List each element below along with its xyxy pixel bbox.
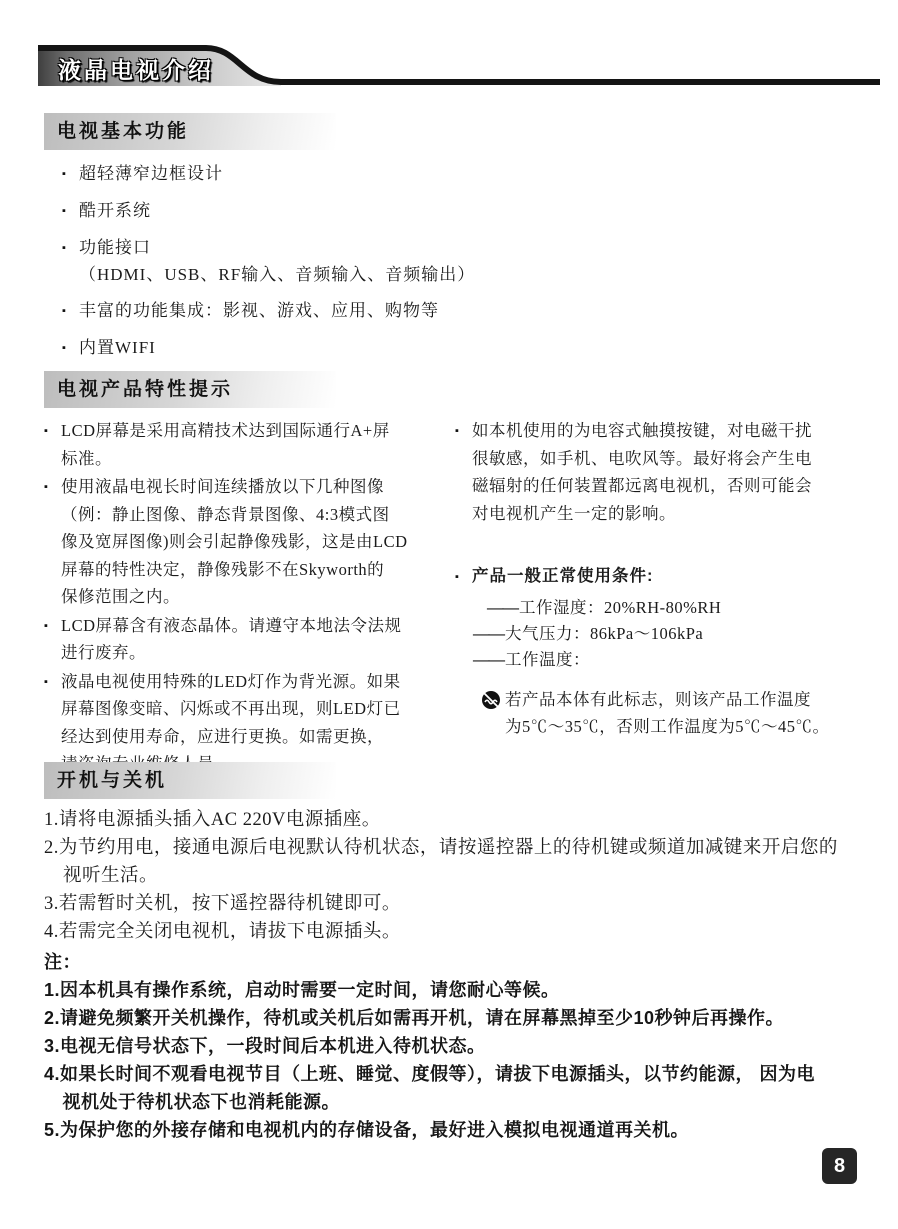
condition-text: 大气压力：86kPa～106kPa — [505, 624, 703, 643]
power-steps-list: 1.请将电源插头插入AC 220V电源插座。2.为节约用电，接通电源后电视默认待… — [44, 806, 880, 946]
capacitive-key-note: ▪如本机使用的为电容式触摸按键，对电磁干扰很敏感，如手机、电吹风等。最好将会产生… — [455, 417, 883, 527]
bullet-square-icon: ▪ — [62, 234, 79, 262]
bullet-square-icon: ▪ — [44, 473, 61, 502]
text-line: 视机处于待机状态下也消耗能源。 — [44, 1088, 880, 1116]
feature-notice-left-column: ▪LCD屏幕是采用高精技术达到国际通行A+屏标准。▪使用液晶电视长时间连续播放以… — [44, 417, 449, 779]
bullet-square-icon: ▪ — [62, 297, 79, 325]
bullet-text: LCD屏幕是采用高精技术达到国际通行A+屏标准。 — [61, 417, 390, 472]
condition-text: 工作温度： — [505, 650, 590, 669]
manual-page: 液晶电视介绍 电视基本功能 ▪超轻薄窄边框设计▪酷开系统▪功能接口（HDMI、U… — [0, 0, 898, 1229]
text-line: 视听生活。 — [44, 862, 880, 890]
temperature-note: 若产品本体有此标志，则该产品工作温度为5℃～35℃，否则工作温度为5℃～45℃。 — [455, 686, 883, 740]
bullet-item: ▪超轻薄窄边框设计 — [62, 160, 622, 188]
text-line: 为5℃～35℃，否则工作温度为5℃～45℃。 — [505, 713, 830, 740]
condition-line: ——工作湿度：20%RH-80%RH — [455, 595, 883, 621]
text-line: 2.为节约用电，接通电源后电视默认待机状态，请按遥控器上的待机键或频道加减键来开… — [44, 834, 880, 862]
bullet-item: ▪功能接口（HDMI、USB、RF输入、音频输入、音频输出） — [62, 234, 622, 288]
condition-line: ——大气压力：86kPa～106kPa — [455, 621, 883, 647]
text-line: 3.电视无信号状态下，一段时间后本机进入待机状态。 — [44, 1032, 880, 1060]
bullet-square-icon: ▪ — [44, 612, 61, 641]
dash-mark: —— — [473, 624, 504, 643]
section-title-power-on-off: 开机与关机 — [44, 762, 336, 799]
bullet-square-icon: ▪ — [44, 417, 61, 446]
temperature-note-text: 若产品本体有此标志，则该产品工作温度为5℃～35℃，否则工作温度为5℃～45℃。 — [505, 686, 830, 740]
usage-conditions-list: ——工作湿度：20%RH-80%RH——大气压力：86kPa～106kPa——工… — [455, 595, 883, 673]
bullet-square-icon: ▪ — [455, 417, 472, 446]
condition-text: 工作湿度：20%RH-80%RH — [519, 598, 721, 617]
bullet-square-icon: ▪ — [62, 334, 79, 362]
bullet-item: ▪LCD屏幕含有液态晶体。请遵守本地法令法规进行废弃。 — [44, 612, 449, 667]
bullet-item: ▪内置WIFI — [62, 334, 622, 362]
text-line: 4.如果长时间不观看电视节目（上班、睡觉、度假等），请拔下电源插头，以节约能源，… — [44, 1060, 880, 1088]
dash-mark: —— — [487, 598, 518, 617]
bullet-item: ▪使用液晶电视长时间连续播放以下几种图像（例：静止图像、静态背景图像、4:3模式… — [44, 473, 449, 611]
dash-mark: —— — [473, 650, 504, 669]
bullet-item: ▪LCD屏幕是采用高精技术达到国际通行A+屏标准。 — [44, 417, 449, 472]
page-title: 液晶电视介绍 — [58, 52, 214, 85]
bullet-text: 超轻薄窄边框设计 — [79, 160, 223, 187]
text-line: 1.请将电源插头插入AC 220V电源插座。 — [44, 806, 880, 834]
feature-notice-right-column: ▪如本机使用的为电容式触摸按键，对电磁干扰很敏感，如手机、电吹风等。最好将会产生… — [455, 417, 883, 740]
text-line: 2.请避免频繁开关机操作，待机或关机后如需再开机，请在屏幕黑掉至少10秒钟后再操… — [44, 1004, 880, 1032]
section-title-feature-notice: 电视产品特性提示 — [44, 371, 336, 408]
bullet-text: 液晶电视使用特殊的LED灯作为背光源。如果屏幕图像变暗、闪烁或不再出现，则LED… — [61, 668, 401, 778]
bullet-item: ▪丰富的功能集成：影视、游戏、应用、购物等 — [62, 297, 622, 325]
bullet-text: 内置WIFI — [79, 334, 156, 361]
power-on-off-block: 1.请将电源插头插入AC 220V电源插座。2.为节约用电，接通电源后电视默认待… — [44, 806, 880, 1144]
bullet-text: LCD屏幕含有液态晶体。请遵守本地法令法规进行废弃。 — [61, 612, 402, 667]
text-line: 注： — [44, 948, 880, 976]
bullet-text: 功能接口（HDMI、USB、RF输入、音频输入、音频输出） — [79, 234, 475, 288]
text-line: 3.若需暂时关机，按下遥控器待机键即可。 — [44, 890, 880, 918]
condition-line: ——工作温度： — [455, 647, 883, 673]
bullet-item: ▪液晶电视使用特殊的LED灯作为背光源。如果屏幕图像变暗、闪烁或不再出现，则LE… — [44, 668, 449, 778]
bullet-square-icon: ▪ — [44, 668, 61, 697]
section-title-basic-functions: 电视基本功能 — [44, 113, 336, 150]
bullet-item: ▪酷开系统 — [62, 197, 622, 225]
bullet-square-icon: ▪ — [62, 197, 79, 225]
text-line: 若产品本体有此标志，则该产品工作温度 — [505, 686, 830, 713]
bullet-text: 使用液晶电视长时间连续播放以下几种图像（例：静止图像、静态背景图像、4:3模式图… — [61, 473, 408, 611]
power-notes-list: 注：1.因本机具有操作系统，启动时需要一定时间，请您耐心等候。2.请避免频繁开关… — [44, 948, 880, 1144]
bullet-text: 酷开系统 — [79, 197, 151, 224]
page-banner: 液晶电视介绍 — [38, 44, 884, 88]
text-line: 4.若需完全关闭电视机，请拔下电源插头。 — [44, 918, 880, 946]
bullet-square-icon: ▪ — [62, 160, 79, 188]
page-number-badge: 8 — [822, 1148, 857, 1184]
bullet-item: ▪如本机使用的为电容式触摸按键，对电磁干扰很敏感，如手机、电吹风等。最好将会产生… — [455, 417, 883, 527]
usage-conditions-title: 产品一般正常使用条件: — [472, 563, 654, 589]
bullet-square-icon: ▪ — [455, 563, 472, 590]
text-line: 5.为保护您的外接存储和电视机内的存储设备，最好进入模拟电视通道再关机。 — [44, 1116, 880, 1144]
bullet-text: 如本机使用的为电容式触摸按键，对电磁干扰很敏感，如手机、电吹风等。最好将会产生电… — [472, 417, 812, 527]
text-line: 1.因本机具有操作系统，启动时需要一定时间，请您耐心等候。 — [44, 976, 880, 1004]
no-heat-prohibited-icon — [481, 686, 505, 715]
bullet-text: 丰富的功能集成：影视、游戏、应用、购物等 — [79, 297, 439, 324]
usage-conditions: ▪ 产品一般正常使用条件: — [455, 563, 883, 590]
